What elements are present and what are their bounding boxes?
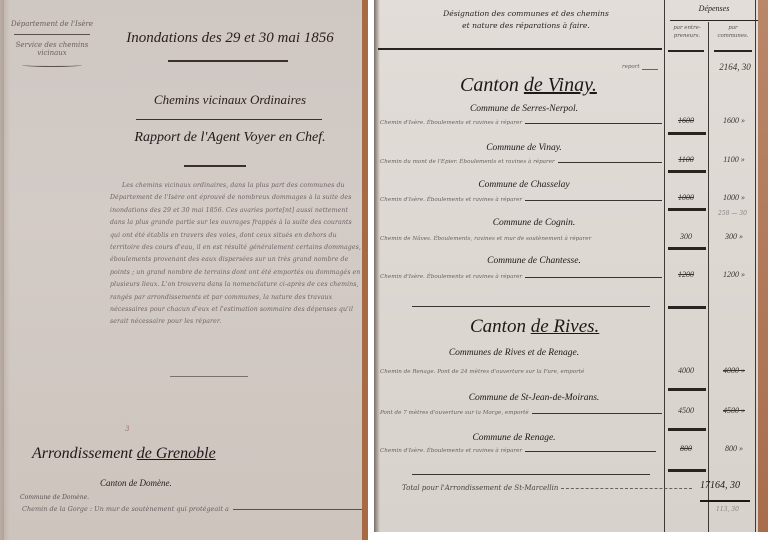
repair-entry-text: Chemin de Nâves. Éboulements, ravines et… xyxy=(380,236,591,242)
report-label: report xyxy=(622,64,640,70)
fill-line xyxy=(233,509,362,510)
fill-line xyxy=(525,451,656,452)
repair-entry: Chemin d'Isère. Éboulements et ravines à… xyxy=(380,197,662,203)
repair-entry-text: Chemin d'Isère. Éboulements et ravines à… xyxy=(380,120,522,126)
page-binding-edge xyxy=(0,0,4,540)
canton-heading-vinay: Canton de Vinay. xyxy=(460,74,597,97)
amount-communes: 800 » xyxy=(714,444,754,453)
document-title: Inondations des 29 et 30 mai 1856 xyxy=(100,30,360,47)
amount-communes: 1600 » xyxy=(714,116,754,125)
chemin-entry-text: Chemin de la Gorge : Un mur de soutèneme… xyxy=(22,505,229,513)
repair-entry-text: Chemin d'Isère. Éboulements et ravines à… xyxy=(380,197,522,203)
body-end-divider xyxy=(170,376,248,377)
commune-heading: Commune de Chasselay xyxy=(414,180,634,190)
designation-header-line1: Désignation des communes et des chemins xyxy=(392,8,660,20)
fill-line xyxy=(558,162,662,163)
table-surface xyxy=(758,0,768,540)
commune-heading: Communes de Rives et de Renage. xyxy=(404,348,624,358)
amount-communes: 1200 » xyxy=(714,270,754,279)
column-divider xyxy=(708,22,709,540)
repair-entry: Chemin de Renage. Pont de 24 mètres d'ou… xyxy=(380,369,662,375)
canton-prefix: Canton xyxy=(470,316,531,337)
commune-heading: Commune de Renage. xyxy=(424,433,604,443)
commune-label: Commune de Domène. xyxy=(20,494,89,501)
amount-rule xyxy=(668,247,706,250)
col-communes-header: par communes. xyxy=(712,24,754,40)
report-fill-line xyxy=(642,69,658,70)
designation-header: Désignation des communes et des chemins … xyxy=(392,8,660,32)
right-document-page: Désignation des communes et des chemins … xyxy=(374,0,768,540)
document-subtitle: Chemins vicinaux Ordinaires xyxy=(100,92,360,108)
repair-entry: Chemin d'Isère. Éboulements et ravines à… xyxy=(380,274,662,280)
col-communes-label-1: par xyxy=(712,24,754,32)
fill-line xyxy=(525,277,662,278)
amount-communes: 300 » xyxy=(714,232,754,241)
pencil-note: 113, 30 xyxy=(716,506,739,513)
col-entrepreneurs-label-1: par entre- xyxy=(666,24,708,32)
repair-entry-text: Pont de 7 mètres d'ouverture sur la Morg… xyxy=(380,410,529,416)
report-body-text: Les chemins vicinaux ordinaires, dans la… xyxy=(110,180,362,329)
divider xyxy=(14,34,90,35)
designation-header-line2: et nature des réparations à faire. xyxy=(392,20,660,32)
column-divider xyxy=(664,0,665,540)
arrondissement-heading: Arrondissement de Grenoble xyxy=(32,445,216,463)
canton-heading: Canton de Domène. xyxy=(100,478,172,488)
amount-rule xyxy=(668,170,706,173)
left-document-page: Département de l'Isère Service des chemi… xyxy=(0,0,368,540)
amount-communes: 4500 » xyxy=(714,406,754,415)
title-divider xyxy=(168,60,288,62)
amount-rule xyxy=(668,469,706,472)
amount-communes: 1000 » xyxy=(714,193,754,202)
repair-entry: Chemin du mont de l'Epier. Éboulements e… xyxy=(380,159,662,165)
report-title: Rapport de l'Agent Voyer en Chef. xyxy=(100,130,360,146)
amount-communes: 4000 » xyxy=(714,366,754,375)
amount-entrepreneurs: 300 xyxy=(668,232,704,241)
repair-entry-text: Chemin d'Isère. Éboulements et ravines à… xyxy=(380,274,522,280)
amount-entrepreneurs: 1100 xyxy=(668,155,704,164)
pencil-note: 258 — 30 xyxy=(718,210,747,217)
subheader-rule xyxy=(714,50,752,52)
amount-entrepreneurs: 1200 xyxy=(668,270,704,279)
fill-line xyxy=(525,123,662,124)
amount-rule xyxy=(668,132,706,135)
amount-communes: 1100 » xyxy=(714,155,754,164)
col-communes-label-2: communes. xyxy=(712,32,754,40)
subheader-rule xyxy=(668,50,704,52)
amount-rule xyxy=(668,208,706,211)
repair-entry-text: Chemin d'Isère. Éboulements et ravines à… xyxy=(380,448,522,454)
department-margin-block: Département de l'Isère Service des chemi… xyxy=(8,20,96,67)
arrondissement-name: de Grenoble xyxy=(137,445,216,462)
amount-entrepreneurs: 800 xyxy=(668,444,704,453)
amount-entrepreneurs: 4000 xyxy=(668,366,704,375)
service-label: Service des chemins vicinaux xyxy=(8,41,96,57)
report-amount: 2164, 30 xyxy=(714,62,756,72)
repair-entry: Pont de 7 mètres d'ouverture sur la Morg… xyxy=(380,410,662,416)
col-entrepreneurs-label-2: preneurs. xyxy=(666,32,708,40)
header-rule xyxy=(378,48,662,50)
photo-bottom-margin xyxy=(374,532,768,540)
page-edge-shadow xyxy=(374,0,380,540)
amount-entrepreneurs: 1600 xyxy=(668,116,704,125)
commune-heading: Commune de Cognin. xyxy=(424,218,644,228)
department-label: Département de l'Isère xyxy=(8,20,96,28)
subtitle-divider xyxy=(136,119,322,120)
repair-entry: Chemin d'Isère. Éboulements et ravines à… xyxy=(380,448,656,454)
amount-entrepreneurs: 4500 xyxy=(668,406,704,415)
total-row: Total pour l'Arrondissement de St-Marcel… xyxy=(402,484,692,492)
flourish-ornament xyxy=(22,63,82,67)
col-entrepreneurs-header: par entre- preneurs. xyxy=(666,24,708,40)
report-divider xyxy=(184,165,246,167)
fill-line xyxy=(532,413,662,414)
amount-rule xyxy=(668,306,706,309)
repair-entry-text: Chemin de Renage. Pont de 24 mètres d'ou… xyxy=(380,369,584,375)
total-rule xyxy=(700,500,750,502)
repair-entry: Chemin de Nâves. Éboulements, ravines et… xyxy=(380,236,662,242)
canton-separator xyxy=(412,474,650,475)
fill-line xyxy=(525,200,662,201)
total-amount: 17164, 30 xyxy=(700,480,740,491)
arrondissement-prefix: Arrondissement xyxy=(32,445,137,462)
column-divider xyxy=(755,0,756,540)
repair-entry: Chemin d'Isère. Éboulements et ravines à… xyxy=(380,120,662,126)
canton-name: de Vinay. xyxy=(524,74,597,96)
commune-heading: Commune de Chantesse. xyxy=(424,256,644,266)
pencil-mark: 3 xyxy=(125,425,129,433)
total-label: Total pour l'Arrondissement de St-Marcel… xyxy=(402,484,558,492)
commune-heading: Commune de Vinay. xyxy=(414,143,634,153)
depenses-header: Dépenses xyxy=(666,4,762,13)
repair-entry-text: Chemin du mont de l'Epier. Éboulements e… xyxy=(380,159,555,165)
amount-entrepreneurs: 1000 xyxy=(668,193,704,202)
amount-rule xyxy=(668,428,706,431)
canton-separator xyxy=(412,306,650,307)
dotted-leader xyxy=(561,488,692,489)
canton-heading-rives: Canton de Rives. xyxy=(470,316,599,338)
canton-name: de Rives. xyxy=(531,316,600,337)
depenses-rule xyxy=(670,20,758,21)
commune-heading: Commune de St-Jean-de-Moirans. xyxy=(424,393,644,403)
amount-rule xyxy=(668,388,706,391)
chemin-entry: Chemin de la Gorge : Un mur de soutèneme… xyxy=(22,505,362,513)
commune-heading: Commune de Serres-Nerpol. xyxy=(414,104,634,114)
canton-prefix: Canton xyxy=(460,74,524,96)
